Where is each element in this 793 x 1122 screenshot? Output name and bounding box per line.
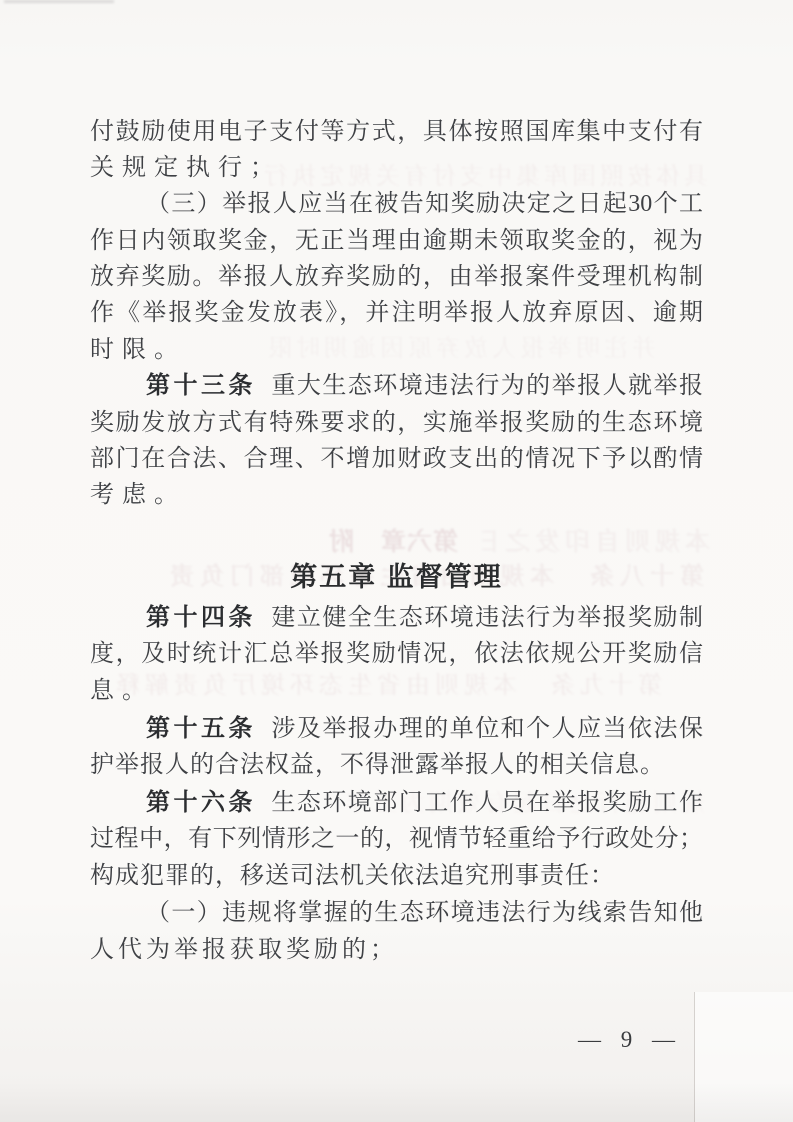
text-line: 部门在合法、合理、不增加财政支出的情况下予以酌情 xyxy=(90,441,703,477)
article-number: 第十四条 xyxy=(146,604,256,631)
text-line: 息。 xyxy=(90,673,703,710)
text-line: 过程中，有下列情形之一的，视情节轻重给予行政处分； xyxy=(90,821,703,858)
text-line: 作日内领取奖金，无正当理由逾期未领取奖金的，视为 xyxy=(90,223,703,259)
text-line: 护举报人的合法权益，不得泄露举报人的相关信息。 xyxy=(90,747,703,784)
paragraph-block-bottom: 第十四条建立健全生态环境违法行为举报奖励制度，及时统计汇总举报奖励情况，依法依规… xyxy=(90,599,703,969)
text-line: （一）违规将掌握的生态环境违法行为线索告知他 xyxy=(90,895,703,932)
article-line: 第十三条重大生态环境违法行为的举报人就举报 xyxy=(90,368,703,404)
text-line: 关规定执行； xyxy=(90,150,703,186)
document-text-layer: 付鼓励使用电子支付等方式，具体按照国库集中支付有关规定执行；（三）举报人应当在被… xyxy=(0,0,793,1122)
article-number: 第十六条 xyxy=(146,789,256,816)
article-number: 第十三条 xyxy=(146,372,256,399)
article-line: 第十六条生态环境部门工作人员在举报奖励工作 xyxy=(90,784,703,821)
text-line: 考虑。 xyxy=(90,477,703,513)
text-line: 奖励发放方式有特殊要求的，实施举报奖励的生态环境 xyxy=(90,405,703,441)
article-line: 第十五条涉及举报办理的单位和个人应当依法保 xyxy=(90,710,703,747)
paragraph-block-top: 付鼓励使用电子支付等方式，具体按照国库集中支付有关规定执行；（三）举报人应当在被… xyxy=(90,114,703,514)
article-number: 第十五条 xyxy=(146,715,256,742)
text-line: （三）举报人应当在被告知奖励决定之日起30个工 xyxy=(90,186,703,222)
text-line: 人代为举报获取奖励的； xyxy=(90,932,703,969)
article-line: 第十四条建立健全生态环境违法行为举报奖励制 xyxy=(90,599,703,636)
chapter-heading: 第五章 监督管理 xyxy=(0,559,793,595)
text-line: 放弃奖励。举报人放弃奖励的，由举报案件受理机构制 xyxy=(90,259,703,295)
text-line: 度，及时统计汇总举报奖励情况，依法依规公开奖励信 xyxy=(90,636,703,673)
text-line: 时限。 xyxy=(90,332,703,368)
text-line: 付鼓励使用电子支付等方式，具体按照国库集中支付有 xyxy=(90,114,703,150)
scanned-document-page: 具体按照国库集中支付有关规定执行并注明举报人放弃原因逾期时限第六章 附则本规则自… xyxy=(0,0,793,1122)
text-line: 构成犯罪的，移送司法机关依法追究刑事责任： xyxy=(90,858,703,895)
page-number: — 9 — xyxy=(578,1026,682,1054)
text-line: 作《举报奖金发放表》，并注明举报人放弃原因、逾期 xyxy=(90,295,703,331)
